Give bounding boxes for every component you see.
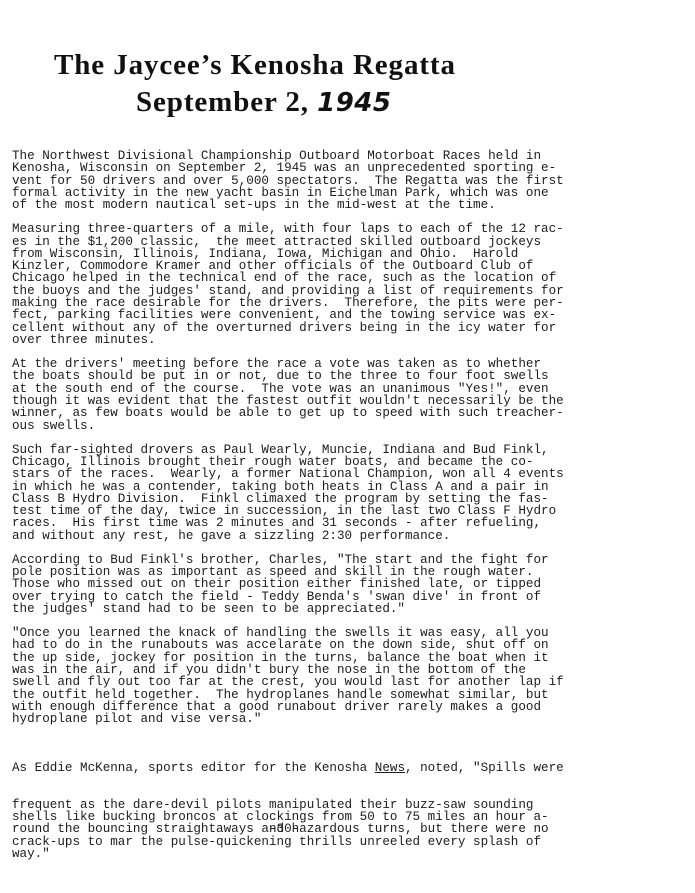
document-subtitle-date: September 2, 1945 (136, 86, 695, 119)
text-line: the outfit held together. The hydroplane… (12, 689, 692, 701)
text-line: Kenosha, Wisconsin on September 2, 1945 … (12, 162, 692, 174)
mckenna-lines: frequent as the dare-devil pilots manipu… (12, 799, 692, 860)
text-line: Chicago helped in the technical end of t… (12, 272, 692, 284)
text-line: winner, as few boats would be able to ge… (12, 407, 692, 419)
document-title: The Jaycee’s Kenosha Regatta (54, 49, 695, 82)
newspaper-name: News (375, 761, 405, 775)
text-line: races. His first time was 2 minutes and … (12, 517, 692, 529)
text-segment: As Eddie McKenna, sports editor for the … (12, 761, 375, 775)
text-line: in which he was a contender, taking both… (12, 481, 692, 493)
paragraph-runabout-quote: "Once you learned the knack of handling … (12, 627, 692, 725)
text-line: had to do in the runabouts was accelarat… (12, 639, 692, 651)
text-line: round the bouncing straightaways and haz… (12, 823, 692, 835)
paragraph-drivers-meeting: At the drivers' meeting before the race … (12, 358, 692, 432)
text-line: way." (12, 848, 692, 860)
text-line: the boats should be put in or not, due t… (12, 370, 692, 382)
date-year: 1945 (317, 88, 391, 118)
text-line: fect, parking facilities were convenient… (12, 309, 692, 321)
text-segment: , noted, "Spills were (405, 761, 564, 775)
page-number: -30- (269, 822, 299, 836)
paragraph-charles-quote: According to Bud Finkl's brother, Charle… (12, 554, 692, 615)
text-line: ous swells. (12, 420, 692, 432)
text-line: over three minutes. (12, 334, 692, 346)
paragraph-mckenna: As Eddie McKenna, sports editor for the … (12, 737, 692, 885)
text-line: swell and fly out too far at the crest, … (12, 676, 692, 688)
date-text: September 2, (136, 86, 309, 118)
text-line: and without any rest, he gave a sizzling… (12, 530, 692, 542)
text-line: the judges' stand had to be seen to be a… (12, 603, 692, 615)
text-line: Measuring three-quarters of a mile, with… (12, 223, 692, 235)
article-body: The Northwest Divisional Championship Ou… (12, 150, 692, 893)
paragraph-intro: The Northwest Divisional Championship Ou… (12, 150, 692, 211)
text-line: crack-ups to mar the pulse-quickening th… (12, 836, 692, 848)
paragraph-course: Measuring three-quarters of a mile, with… (12, 223, 692, 346)
paragraph-race-stars: Such far-sighted drovers as Paul Wearly,… (12, 444, 692, 542)
text-line: Those who missed out on their position e… (12, 578, 692, 590)
text-line: As Eddie McKenna, sports editor for the … (12, 762, 692, 774)
text-line: stars of the races. Wearly, a former Nat… (12, 468, 692, 480)
text-line: of the most modern nautical set-ups in t… (12, 199, 692, 211)
text-line: hydroplane pilot and vise versa." (12, 713, 692, 725)
